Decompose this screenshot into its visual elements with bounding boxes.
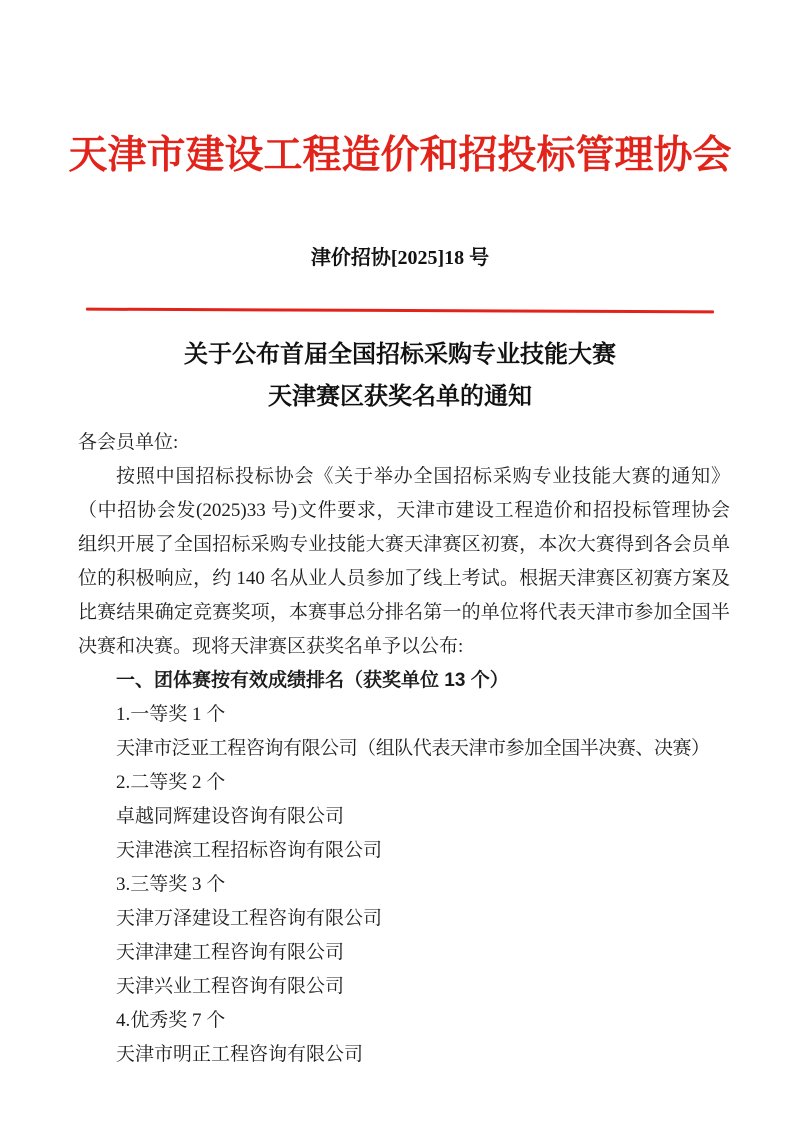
paragraph-line-5: 比赛结果确定竞赛奖项，本赛事总分排名第一的单位将代表天津市参加全国半 — [78, 596, 730, 630]
salutation: 各会员单位: — [78, 426, 730, 460]
award-company: 天津万泽建设工程咨询有限公司 — [78, 902, 730, 936]
award-label-third-prize: 3.三等奖 3 个 — [78, 868, 730, 902]
doc-title-line1: 关于公布首届全国招标采购专业技能大赛 — [0, 334, 800, 376]
doc-number: 津价招协[2025]18 号 — [0, 244, 800, 272]
paragraph-line-3: 组织开展了全国招标采购专业技能大赛天津赛区初赛，本次大赛得到各会员单 — [78, 528, 730, 562]
paragraph-line-4: 位的积极响应，约 140 名从业人员参加了线上考试。根据天津赛区初赛方案及 — [78, 562, 730, 596]
award-company: 天津市明正工程咨询有限公司 — [78, 1038, 730, 1072]
paragraph-line-6: 决赛和决赛。现将天津赛区获奖名单予以公布: — [78, 630, 730, 664]
award-company: 天津津建工程咨询有限公司 — [78, 936, 730, 970]
paragraph-line-1: 按照中国招标投标协会《关于举办全国招标采购专业技能大赛的通知》 — [78, 460, 730, 494]
official-document-page: 天津市建设工程造价和招投标管理协会 津价招协[2025]18 号 关于公布首届全… — [0, 0, 800, 1133]
award-company: 天津港滨工程招标咨询有限公司 — [78, 834, 730, 868]
doc-title-line2: 天津赛区获奖名单的通知 — [0, 376, 800, 418]
section-heading-team-awards: 一、团体赛按有效成绩排名（获奖单位 13 个） — [78, 664, 730, 698]
award-label-second-prize: 2.二等奖 2 个 — [78, 766, 730, 800]
document-body: 各会员单位: 按照中国招标投标协会《关于举办全国招标采购专业技能大赛的通知》 （… — [78, 426, 730, 1072]
award-label-first-prize: 1.一等奖 1 个 — [78, 698, 730, 732]
award-label-excellence-prize: 4.优秀奖 7 个 — [78, 1004, 730, 1038]
award-company: 天津兴业工程咨询有限公司 — [78, 970, 730, 1004]
org-title: 天津市建设工程造价和招投标管理协会 — [0, 130, 800, 182]
doc-title: 关于公布首届全国招标采购专业技能大赛 天津赛区获奖名单的通知 — [0, 334, 800, 418]
red-divider-line — [86, 308, 714, 314]
award-company: 卓越同辉建设咨询有限公司 — [78, 800, 730, 834]
award-company: 天津市泛亚工程咨询有限公司（组队代表天津市参加全国半决赛、决赛） — [78, 732, 730, 766]
paragraph-line-2: （中招协会发(2025)33 号)文件要求，天津市建设工程造价和招投标管理协会 — [78, 494, 730, 528]
